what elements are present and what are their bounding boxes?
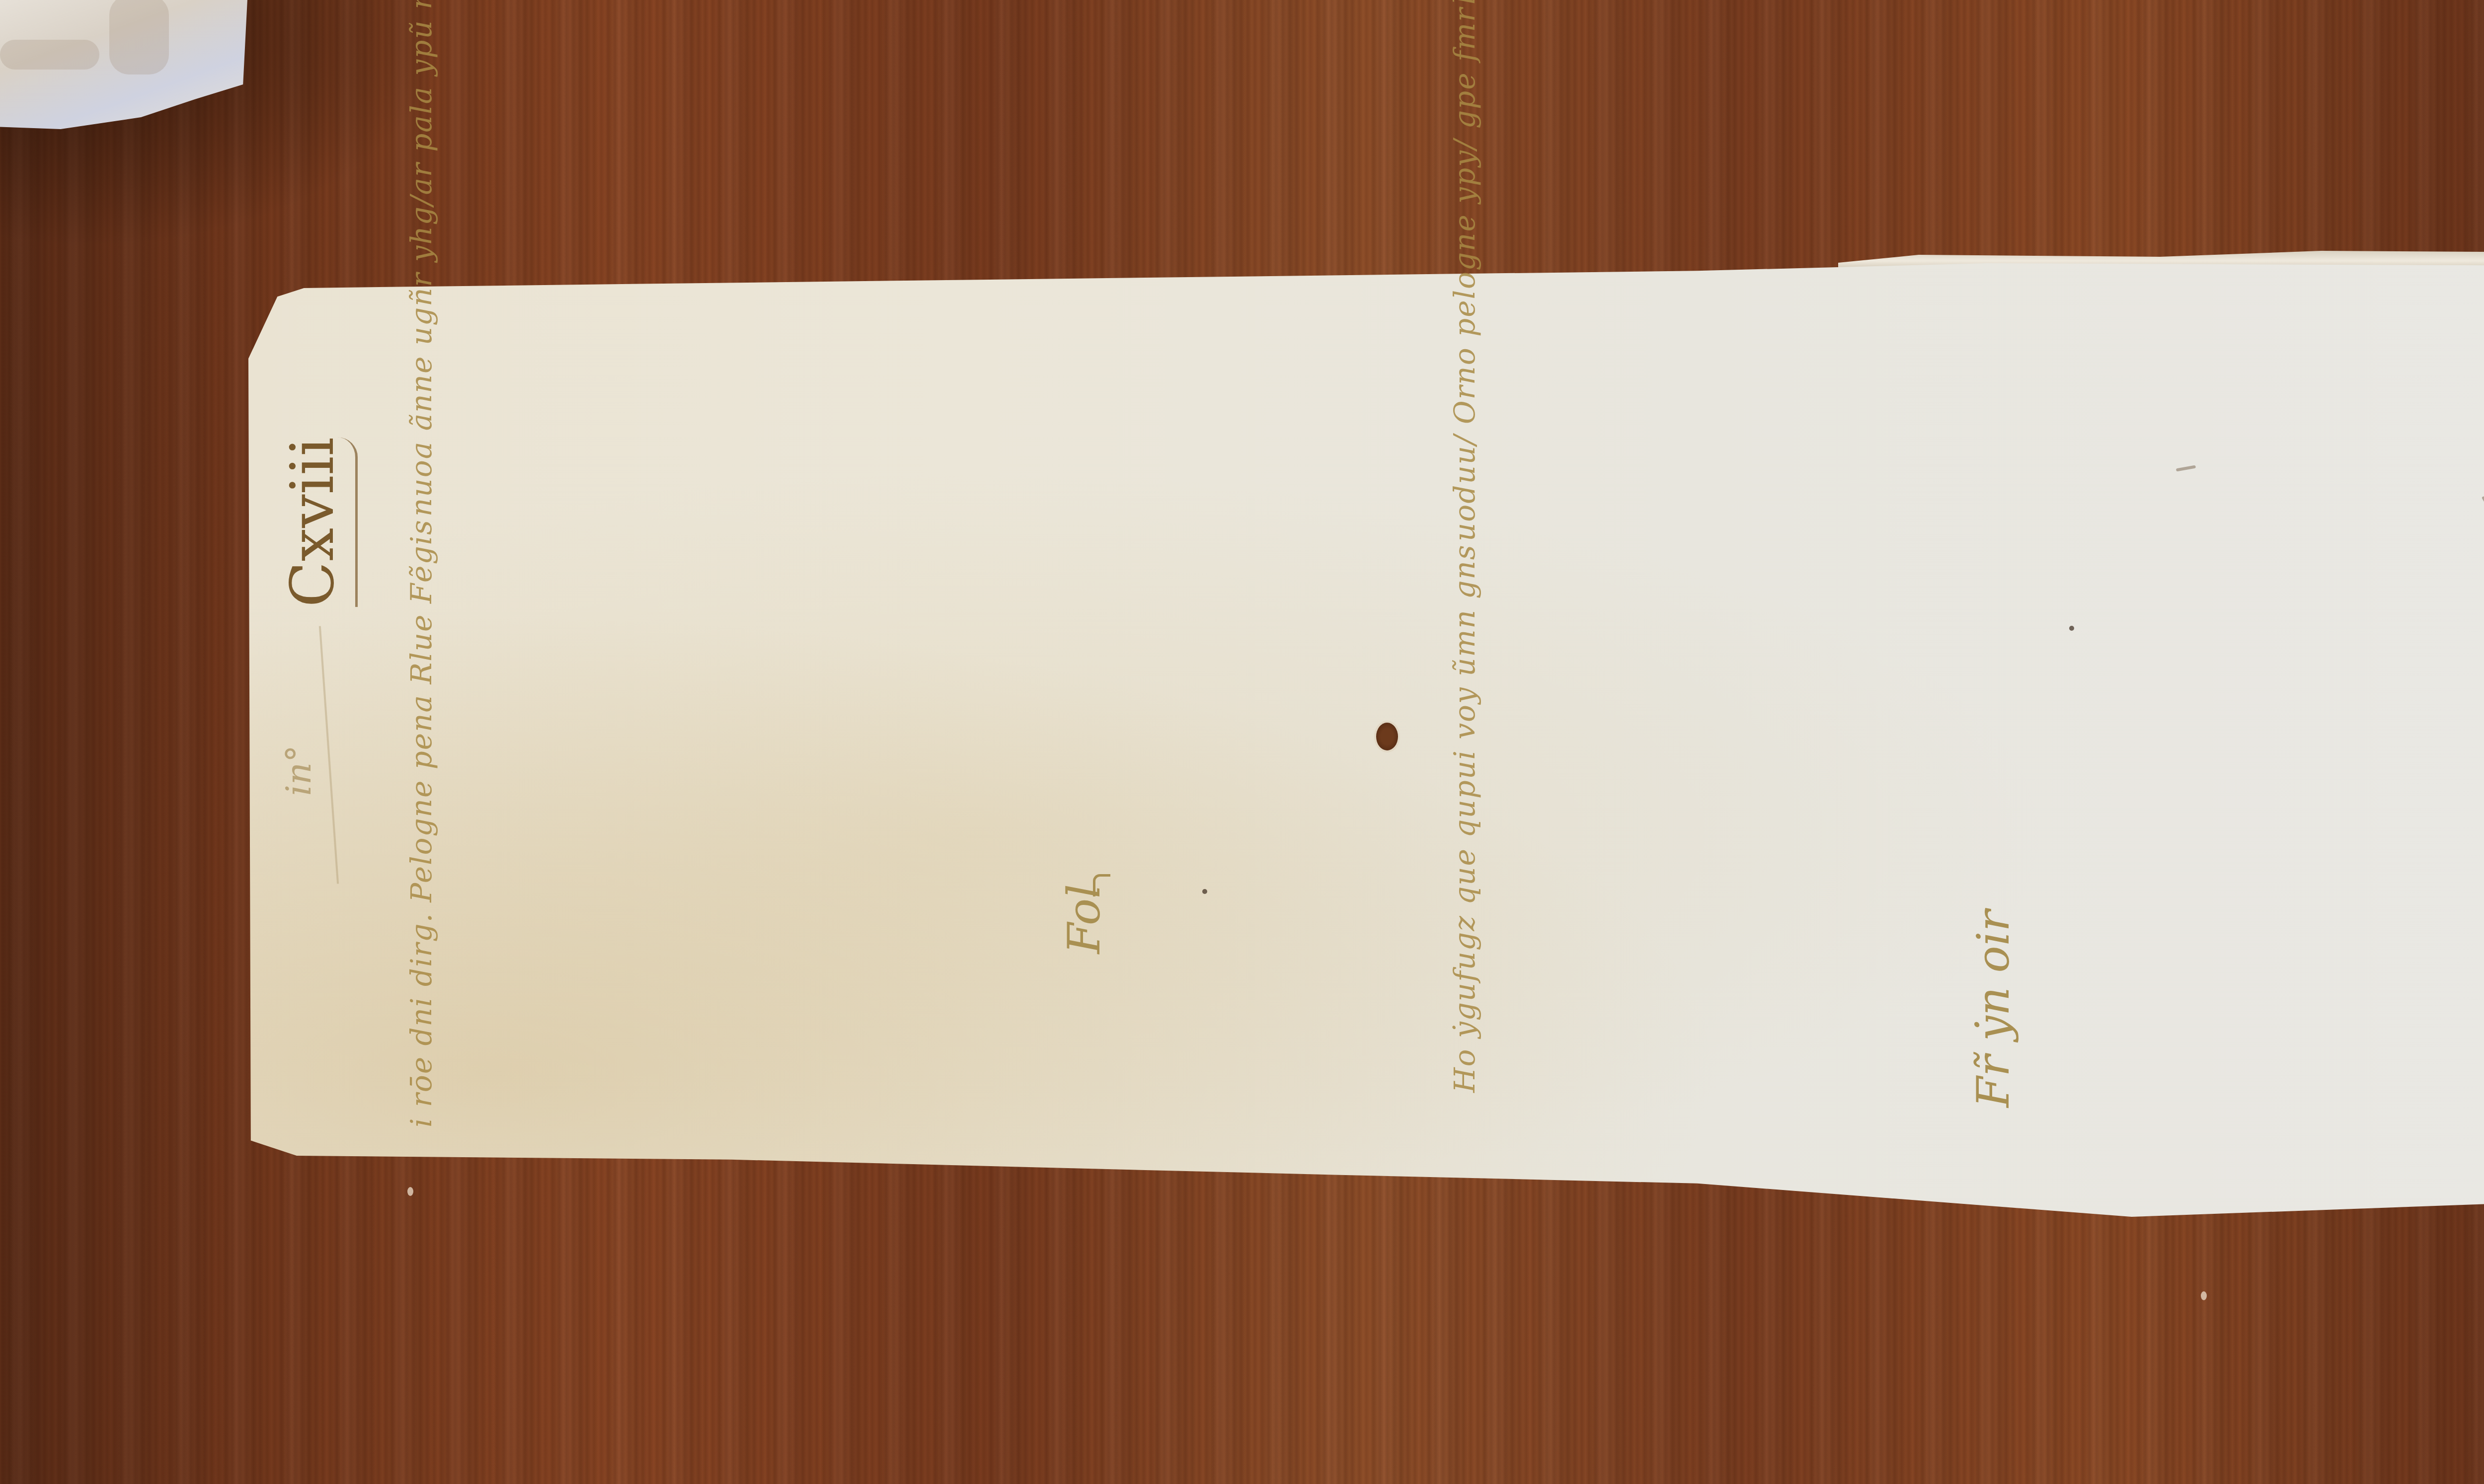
speck [1202, 889, 1207, 894]
manuscript-page [248, 263, 2484, 1217]
wood-fleck [2201, 1291, 2207, 1300]
script-line: i rōe dni dirg. Pelogne pena Rlue Fẽgis [397, 519, 445, 1127]
script-line: Ho ẏgufugz que qupui voy ũmn gns [1441, 544, 1488, 1093]
speck [2069, 626, 2074, 631]
script-line: uoduu/ Orno pelogne ypy/ gpe fmr [1441, 7, 1488, 541]
folio-heading: Cxviii [278, 437, 358, 607]
paper-hole [1376, 723, 1398, 750]
mid-note: Fol [1058, 884, 1110, 954]
paper-fold [0, 40, 99, 70]
text-block-second: Ho ẏgufugz que qupui voy ũmn gns uoduu/ … [1441, 348, 1488, 1093]
paper-fold [109, 0, 169, 74]
text-block-main: i rōe dni dirg. Pelogne pena Rlue Fẽgis … [397, 323, 445, 1127]
wood-fleck [407, 1187, 413, 1196]
signature: Fr̃ ẏn oir [1967, 720, 2019, 1108]
margin-note: in° [278, 745, 319, 796]
script-line: nuoa ãnne ugñr yhg/ar pala ypũ ng [397, 0, 445, 517]
script-line: l orbtgne ypune ypaẽmu fune in Dẽo [1441, 0, 1488, 4]
